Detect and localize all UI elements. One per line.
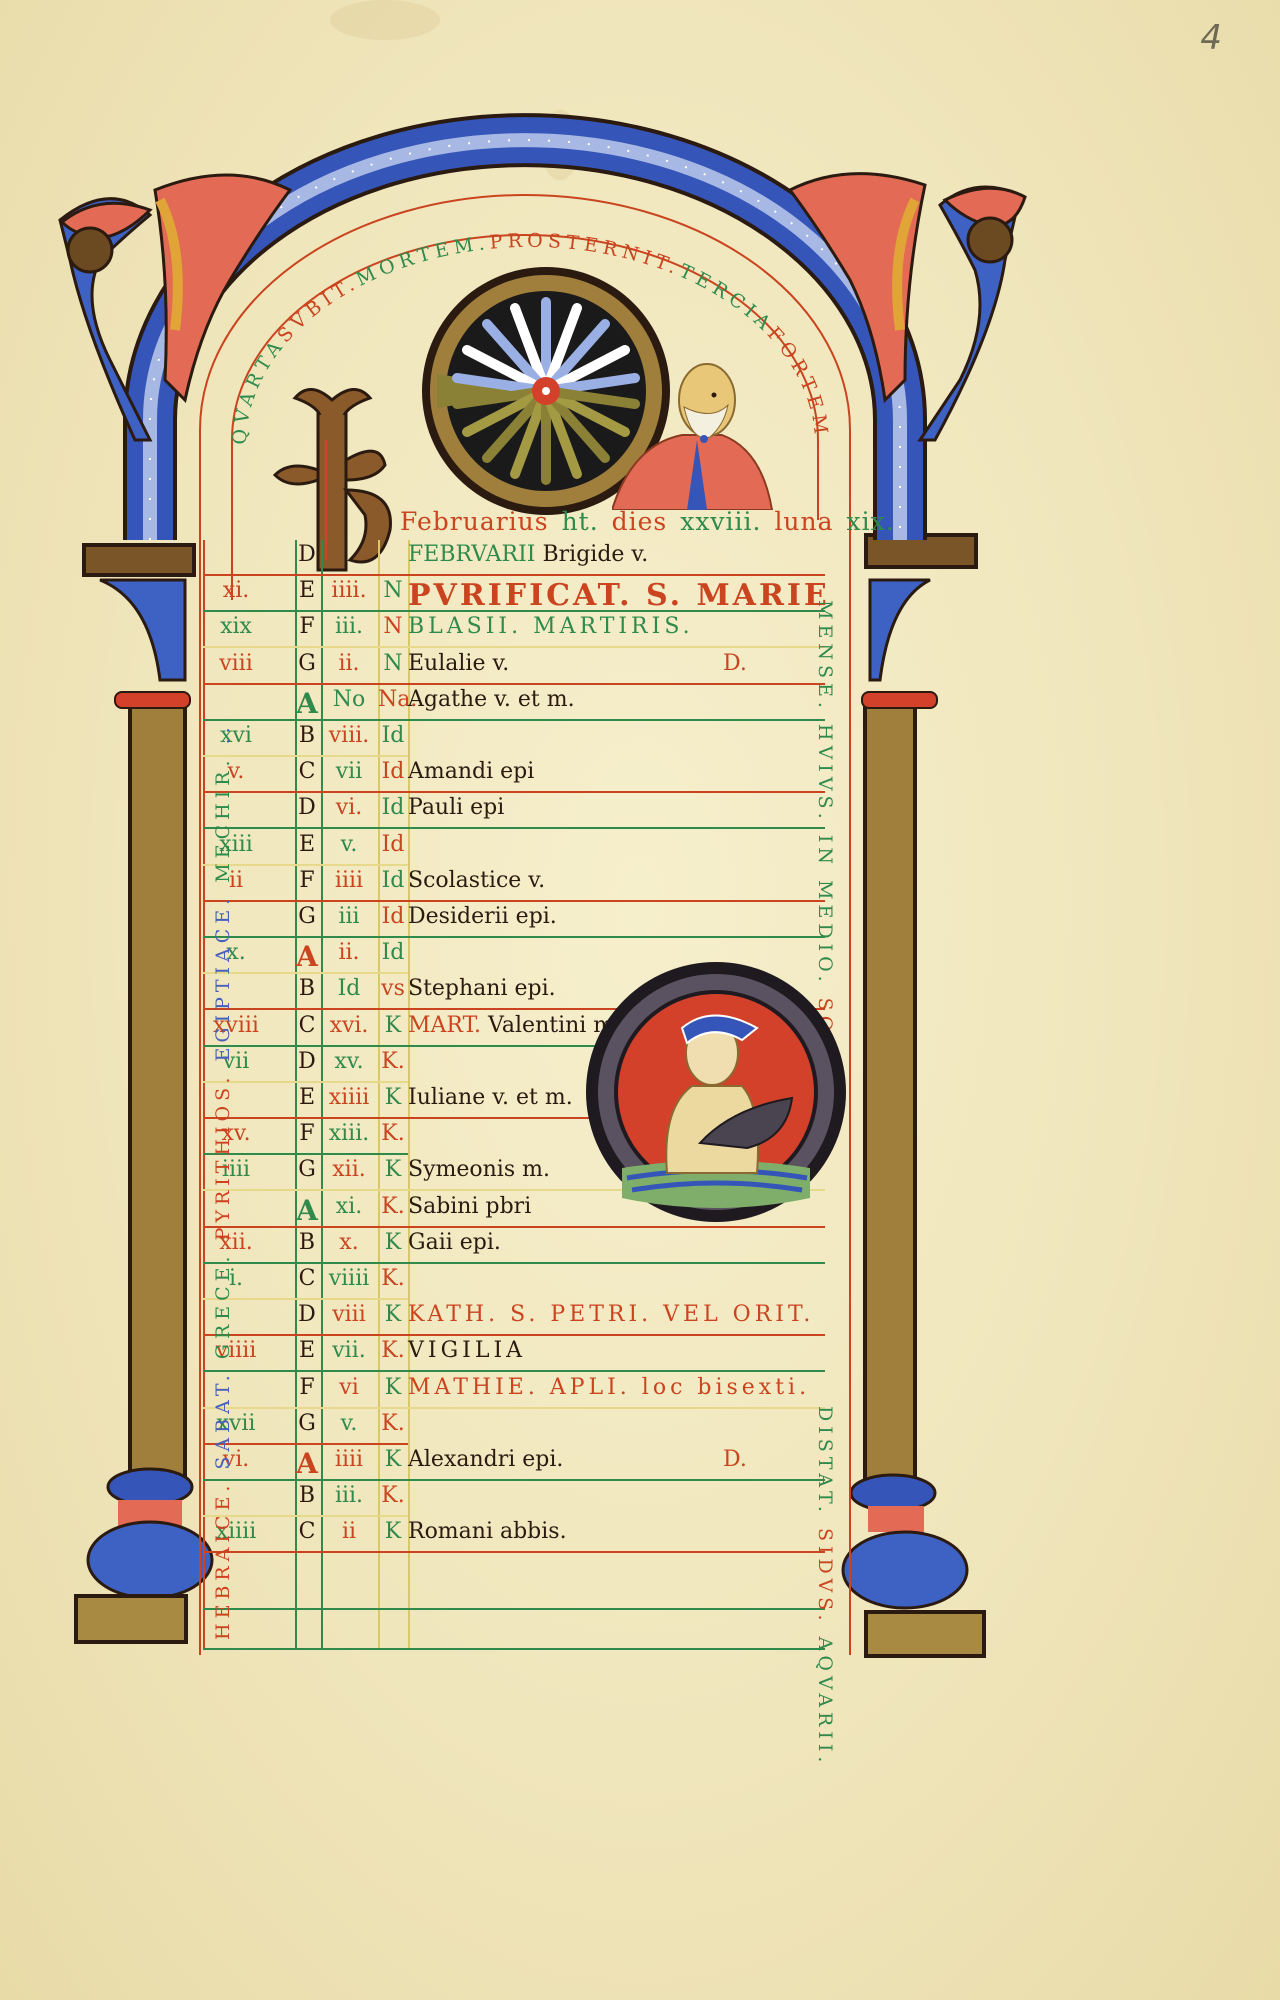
feast-entry: Agathe v. et m. [408, 687, 575, 712]
day-count: iiii. [321, 578, 377, 603]
dominical-letter: B [293, 1483, 321, 1508]
roman-division: K [378, 1085, 408, 1110]
day-count: iii. [321, 614, 377, 639]
day-count: ii [321, 1519, 377, 1544]
header-day-count: xxviii. [680, 507, 761, 536]
calendar-row: xii.Bx.KGaii epi. [203, 1228, 825, 1264]
day-count: ii. [321, 651, 377, 676]
roman-division: K. [378, 1411, 408, 1436]
calendar-row: FviKMATHIE. APLI. loc bisexti. [203, 1373, 825, 1409]
calendar-row: v.CviiIdAmandi epi [203, 757, 825, 793]
feast-text: Scolastice v. [408, 868, 545, 893]
dominical-letter: A [293, 1447, 321, 1480]
feast-entry: Alexandri epi. [408, 1447, 563, 1472]
roman-division: K [378, 1375, 408, 1400]
feast-text: Desiderii epi. [408, 904, 557, 929]
roman-division: K [378, 1302, 408, 1327]
day-count: iii. [321, 1483, 377, 1508]
roman-division: vs [378, 976, 408, 1001]
roman-division: Id [378, 904, 408, 929]
header-luna: luna [774, 507, 833, 536]
ruling-line [203, 1648, 825, 1650]
roman-division: K [378, 1447, 408, 1472]
feast-text: Symeonis m. [408, 1157, 550, 1182]
dominical-letter: A [293, 1194, 321, 1227]
feast-entry: MATHIE. APLI. loc bisexti. [408, 1375, 810, 1400]
header-dies: dies [612, 507, 668, 536]
dominical-letter: G [293, 904, 321, 929]
feast-entry: Iuliane v. et m. [408, 1085, 573, 1110]
margin-left-inscription: HEBRAICE. SABAT. GRECE. PYRITHIOS. EGIPT… [212, 722, 234, 1640]
day-count: viii [321, 1302, 377, 1327]
calendar-row: vi.AiiiiKAlexandri epi.D. [203, 1445, 825, 1481]
feast-text: KATH. S. PETRI. VEL ORIT. [408, 1302, 814, 1327]
feast-entry: Desiderii epi. [408, 904, 557, 929]
day-count: iiii [321, 868, 377, 893]
day-count: x. [321, 1230, 377, 1255]
feast-text: Eulalie v. [408, 651, 509, 676]
roman-division: K. [378, 1483, 408, 1508]
roman-division: K. [378, 1338, 408, 1363]
bearded-figure-icon [612, 355, 782, 510]
calendar-row: xixFiii.NBLASII. MARTIRIS. [203, 612, 825, 648]
dominical-letter: E [293, 1085, 321, 1110]
golden-number: viii [205, 651, 267, 676]
calendar-row: i.CviiiiK. [203, 1264, 825, 1300]
calendar-row: xviiGv.K. [203, 1409, 825, 1445]
feast-text: MATHIE. APLI. loc bisexti. [408, 1375, 810, 1400]
feast-entry: Gaii epi. [408, 1230, 501, 1255]
day-count: xvi. [321, 1013, 377, 1038]
roman-division: K. [378, 1266, 408, 1291]
feast-text: Brigide v. [536, 542, 649, 567]
feast-entry: PVRIFICAT. S. MARIE [408, 578, 830, 613]
feast-entry: VIGILIA [408, 1338, 526, 1363]
roman-division: K. [378, 1049, 408, 1074]
dominical-letter: D [293, 795, 321, 820]
calendar-row: Dvi.IdPauli epi [203, 793, 825, 829]
roman-division: K. [378, 1121, 408, 1146]
feast-text: Amandi epi [408, 759, 534, 784]
feast-text: BLASII. MARTIRIS. [408, 614, 694, 639]
golden-number: xix [205, 614, 267, 639]
dominical-letter: E [293, 832, 321, 857]
day-count: vii. [321, 1338, 377, 1363]
day-count: vi. [321, 795, 377, 820]
roman-division: N [378, 578, 408, 603]
day-count: xiii. [321, 1121, 377, 1146]
dominical-letter: C [293, 1519, 321, 1544]
dominical-letter: A [293, 940, 321, 973]
feast-entry: Sabini pbri [408, 1194, 531, 1219]
roman-division: K. [378, 1194, 408, 1219]
dominical-letter: D [293, 1049, 321, 1074]
left-column [130, 700, 185, 1480]
feast-text: MART. [408, 1013, 481, 1038]
calendar-row: DviiiKKATH. S. PETRI. VEL ORIT. [203, 1300, 825, 1336]
roman-division: K [378, 1519, 408, 1544]
dominical-letter: B [293, 723, 321, 748]
day-count: xv. [321, 1049, 377, 1074]
calendar-row: xiiiEv.Id [203, 830, 825, 866]
day-count: iiii [321, 1447, 377, 1472]
roman-division: N [378, 614, 408, 639]
dominical-letter: C [293, 1013, 321, 1038]
dominical-mark: D. [723, 1447, 747, 1472]
golden-number: xi. [205, 578, 267, 603]
calendar-row: iiFiiiiIdScolastice v. [203, 866, 825, 902]
feast-text: Alexandri epi. [408, 1447, 563, 1472]
dominical-letter: C [293, 759, 321, 784]
calendar-row: Biii.K. [203, 1481, 825, 1517]
feast-entry: FEBRVARII Brigide v. [408, 542, 648, 567]
dominical-letter: F [293, 1375, 321, 1400]
feast-text: Stephani epi. [408, 976, 556, 1001]
day-count: v. [321, 832, 377, 857]
header-luna-count: xix. [847, 507, 895, 536]
header-month: Februarius [400, 507, 549, 536]
feast-text: Sabini pbri [408, 1194, 531, 1219]
day-count: vi [321, 1375, 377, 1400]
feast-text: Gaii epi. [408, 1230, 501, 1255]
feast-text: VIGILIA [408, 1338, 526, 1363]
roman-division: Id [378, 795, 408, 820]
feast-text: Pauli epi [408, 795, 504, 820]
calendar-row: xviBviii.Id [203, 721, 825, 757]
feast-entry: Scolastice v. [408, 868, 545, 893]
dominical-letter: G [293, 651, 321, 676]
month-header: Februarius ht. dies xxviii. luna xix. [400, 507, 899, 536]
roman-division: Id [378, 723, 408, 748]
ruling-line [203, 1551, 825, 1553]
day-count: xii. [321, 1157, 377, 1182]
roman-division: Id [378, 940, 408, 965]
day-count: vii [321, 759, 377, 784]
roman-division: Id [378, 759, 408, 784]
ruling-line [203, 1608, 825, 1610]
day-count: xi. [321, 1194, 377, 1219]
aquarius-zodiac-icon [582, 958, 850, 1226]
dominical-letter: F [293, 868, 321, 893]
feast-entry: KATH. S. PETRI. VEL ORIT. [408, 1302, 814, 1327]
day-count: iii [321, 904, 377, 929]
roman-division: Na. [378, 687, 408, 712]
day-count: viii. [321, 723, 377, 748]
roman-division: K [378, 1013, 408, 1038]
feast-text: PVRIFICAT. S. MARIE [408, 578, 830, 613]
calendar-row: xiiiiCiiKRomani abbis. [203, 1517, 825, 1553]
feast-entry: Stephani epi. [408, 976, 556, 1001]
dominical-mark: D. [723, 651, 747, 676]
dominical-letter: G [293, 1411, 321, 1436]
dominical-letter: B [293, 976, 321, 1001]
feast-entry: Pauli epi [408, 795, 504, 820]
feast-entry: Amandi epi [408, 759, 534, 784]
feast-entry: Romani abbis. [408, 1519, 567, 1544]
header-ht: ht. [562, 507, 599, 536]
calendar-row: DFEBRVARII Brigide v. [203, 540, 825, 576]
calendar-row: viiiGii.NEulalie v.D. [203, 649, 825, 685]
day-count: xiiii [321, 1085, 377, 1110]
dominical-letter: G [293, 1157, 321, 1182]
dominical-letter: E [293, 578, 321, 603]
dominical-letter: F [293, 1121, 321, 1146]
calendar-row: ANoNa.Agathe v. et m. [203, 685, 825, 721]
roman-division: Id [378, 868, 408, 893]
feast-entry: Eulalie v. [408, 651, 509, 676]
dominical-letter: D [293, 542, 321, 567]
dominical-letter: E [293, 1338, 321, 1363]
feast-text: FEBRVARII [408, 542, 536, 567]
dominical-letter: B [293, 1230, 321, 1255]
day-count: viiii [321, 1266, 377, 1291]
roman-division: K [378, 1157, 408, 1182]
day-count: No [321, 687, 377, 712]
day-count: ii. [321, 940, 377, 965]
day-count: v. [321, 1411, 377, 1436]
roman-division: N [378, 651, 408, 676]
roman-division: K [378, 1230, 408, 1255]
dominical-letter: D [293, 1302, 321, 1327]
feast-entry: Symeonis m. [408, 1157, 550, 1182]
dominical-letter: C [293, 1266, 321, 1291]
right-column [865, 700, 915, 1480]
feast-entry: BLASII. MARTIRIS. [408, 614, 694, 639]
dominical-letter: F [293, 614, 321, 639]
feast-text: Agathe v. et m. [408, 687, 575, 712]
dominical-letter: A [293, 687, 321, 720]
roman-division: Id [378, 832, 408, 857]
day-count: Id [321, 976, 377, 1001]
calendar-row: xi.Eiiii.NPVRIFICAT. S. MARIE [203, 576, 825, 612]
calendar-row: viiiiEvii.K.VIGILIA [203, 1336, 825, 1372]
feast-text: Romani abbis. [408, 1519, 567, 1544]
calendar-row: GiiiIdDesiderii epi. [203, 902, 825, 938]
feast-text: Iuliane v. et m. [408, 1085, 573, 1110]
